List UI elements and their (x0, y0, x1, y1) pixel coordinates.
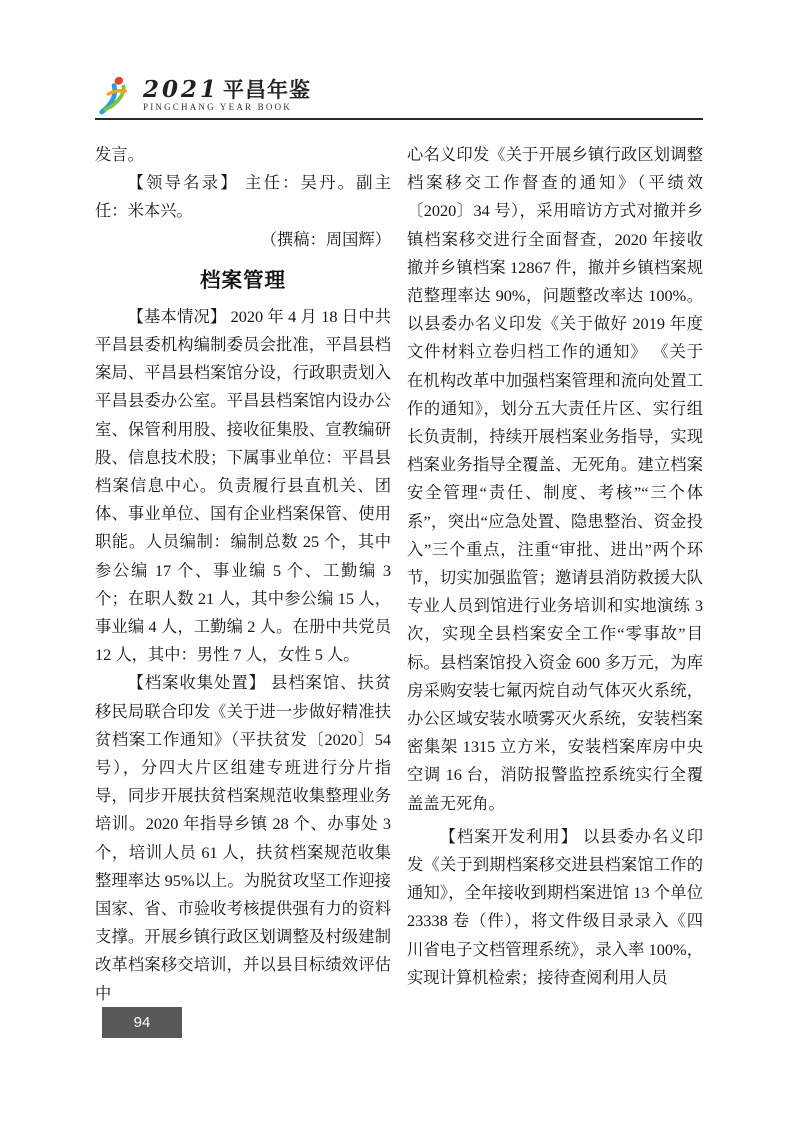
yearbook-header: 2021 平昌年鉴 PINGCHANG YEAR BOOK (96, 74, 311, 116)
left-column: 发言。 【领导名录】 主任：吴丹。副主任：米本兴。 （撰稿：周国辉） 档案管理 … (95, 141, 391, 1008)
yearbook-logo-icon (96, 74, 134, 116)
page-number-badge: 94 (102, 1007, 182, 1038)
yearbook-subtitle: PINGCHANG YEAR BOOK (143, 103, 311, 112)
paragraph-basic-situation: 【基本情况】 2020 年 4 月 18 日中共平昌县委机构编制委员会批准，平昌… (95, 303, 391, 670)
section-heading-archives-management: 档案管理 (95, 266, 391, 295)
paragraph-archive-collection-continued: 心名义印发《关于开展乡镇行政区划调整档案移交工作督查的通知》（平绩效〔2020〕… (407, 141, 703, 818)
yearbook-title-year: 2021 (143, 78, 219, 101)
header-divider (95, 118, 703, 120)
yearbook-title: 2021 平昌年鉴 (143, 78, 311, 101)
right-column: 心名义印发《关于开展乡镇行政区划调整档案移交工作督查的通知》（平绩效〔2020〕… (407, 141, 703, 1008)
paragraph-speech-continuation: 发言。 (95, 141, 391, 169)
byline-author: （撰稿：周国辉） (95, 226, 391, 254)
page-content: 发言。 【领导名录】 主任：吴丹。副主任：米本兴。 （撰稿：周国辉） 档案管理 … (95, 141, 703, 1008)
paragraph-archive-collection: 【档案收集处置】 县档案馆、扶贫移民局联合印发《关于进一步做好精准扶贫档案工作通… (95, 669, 391, 1007)
paragraph-archive-development-use: 【档案开发利用】 以县委办名义印发《关于到期档案移交进县档案馆工作的通知》，全年… (407, 823, 703, 992)
yearbook-title-block: 2021 平昌年鉴 PINGCHANG YEAR BOOK (143, 78, 311, 112)
yearbook-title-cn: 平昌年鉴 (223, 80, 311, 101)
page: 2021 平昌年鉴 PINGCHANG YEAR BOOK 发言。 【领导名录】… (0, 0, 793, 1122)
paragraph-leader-roster: 【领导名录】 主任：吴丹。副主任：米本兴。 (95, 169, 391, 225)
